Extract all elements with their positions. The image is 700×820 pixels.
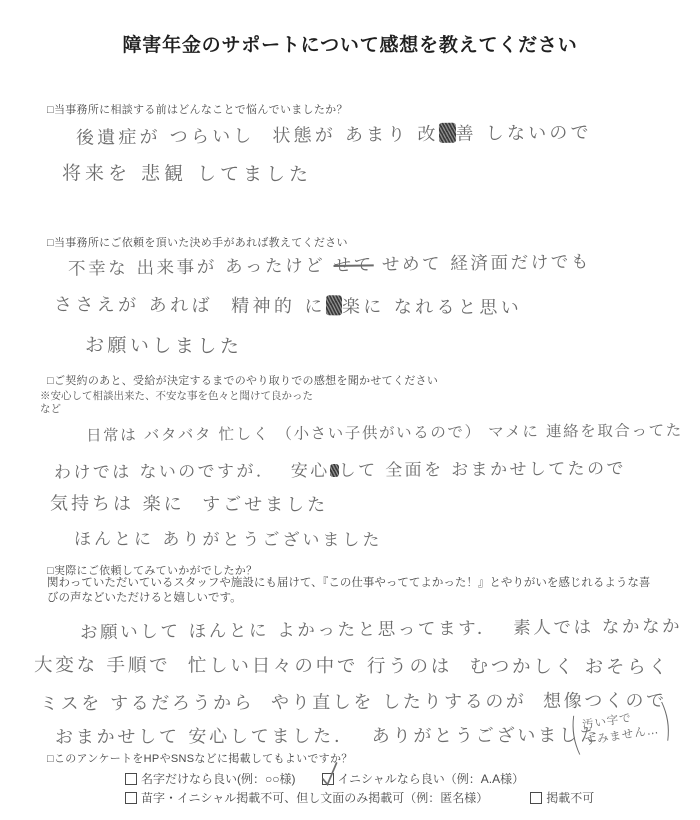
checkbox-unchecked-icon <box>125 773 137 785</box>
q3-hint-note: ※安心して相談出来た、不安な事を色々と聞けて良かったなど <box>40 390 314 416</box>
struck-out-text: せて <box>333 255 373 276</box>
checkbox-unchecked-icon <box>530 792 542 804</box>
handwritten-text: ささえが あれば 精神的 に <box>54 294 326 317</box>
q4-description: 関わっていただいているスタッフや施設にも届けて、『この仕事やっててよかった！』と… <box>47 576 655 606</box>
q5-option-no-publication: 掲載不可 <box>530 789 594 806</box>
q5-options-row-1: 名字だけなら良い(例：○○様) イニシャルなら良い（例：A.A様） <box>125 770 524 787</box>
checkbox-checked-icon <box>322 773 334 785</box>
q4-answer-line-4: おまかせして 安心してました． ありがとうございました <box>55 721 601 749</box>
aside-text: 汚い字で すみません… <box>581 707 660 749</box>
questionnaire-page: 障害年金のサポートについて感想を教えてください □当事務所に相談する前はどんなこ… <box>0 0 700 820</box>
handwritten-text: わけでは ないのですが． 安心 <box>54 461 330 483</box>
q4-answer-line-1: お願いして ほんとに よかったと思ってます． 素人では なかなか <box>80 613 682 644</box>
q5-label: □このアンケートをHPやSNSなどに掲載してもよいですか？ <box>47 750 353 766</box>
q2-answer-line-1: 不幸な 出来事が あったけど せて せめて 経済面だけでも <box>68 248 591 280</box>
q1-answer-line-1: 後遺症が つらいし 状態が あまり 改善 しないので <box>76 118 592 149</box>
q5-options-row-2: 苗字・イニシャル掲載不可、但し文面のみ掲載可（例：匿名様） 掲載不可 <box>125 789 594 806</box>
q5-option-initials-ok: イニシャルなら良い（例：A.A様） <box>322 770 525 787</box>
option-label: 掲載不可 <box>546 789 594 806</box>
q5-option-anonymous-text-only: 苗字・イニシャル掲載不可、但し文面のみ掲載可（例：匿名様） <box>125 789 488 806</box>
q3-answer-line-4: ほんとに ありがとうございました <box>74 524 382 550</box>
scribble-blot <box>326 295 342 315</box>
q2-answer-line-3: お願いしました <box>85 330 243 358</box>
q1-label: □当事務所に相談する前はどんなことで悩んでいましたか？ <box>47 101 348 117</box>
q3-answer-line-1: 日常は バタバタ 忙しく （小さい子供がいるので） マメに 連絡を取合ってた <box>86 418 683 445</box>
checkbox-unchecked-icon <box>125 792 137 804</box>
scribble-blot <box>330 464 339 477</box>
option-label: 名字だけなら良い(例：○○様) <box>141 770 296 787</box>
handwritten-text: 善 しないので <box>456 122 592 144</box>
handwritten-text: 不幸な 出来事が あったけど <box>68 256 334 280</box>
q1-answer-line-2: 将来を 悲観 してました <box>62 158 312 186</box>
q2-label: □当事務所にご依頼を頂いた決め手があれば教えてください <box>47 234 348 250</box>
option-label: 苗字・イニシャル掲載不可、但し文面のみ掲載可（例：匿名様） <box>141 789 488 806</box>
handwritten-right-parenthesis: ) <box>659 698 674 743</box>
q3-answer-line-2: わけでは ないのですが． 安心して 全面を おまかせしてたので <box>54 454 626 483</box>
q5-option-surname-only: 名字だけなら良い(例：○○様) <box>125 770 296 787</box>
checkmark-icon <box>321 761 339 788</box>
option-label: イニシャルなら良い（例：A.A様） <box>338 770 525 787</box>
handwritten-text: せめて 経済面だけでも <box>374 252 592 275</box>
handwritten-text: 後遺症が つらいし 状態が あまり 改 <box>76 124 439 149</box>
q4-answer-line-2: 大変な 手順で 忙しい日々の中で 行うのは むつかしく おそらく <box>34 651 670 679</box>
scribble-blot <box>438 123 455 143</box>
q2-answer-line-2: ささえが あれば 精神的 に楽に なれると思い <box>54 290 522 319</box>
q3-label: □ご契約のあと、受給が決定するまでのやり取りでの感想を聞かせてください <box>47 372 438 388</box>
page-title: 障害年金のサポートについて感想を教えてください <box>0 30 700 57</box>
handwritten-text: して 全面を おまかせしてたので <box>339 459 626 481</box>
handwritten-text: 楽に なれると思い <box>342 296 522 318</box>
q3-answer-line-3: 気持ちは 楽に すごせました <box>50 489 328 516</box>
